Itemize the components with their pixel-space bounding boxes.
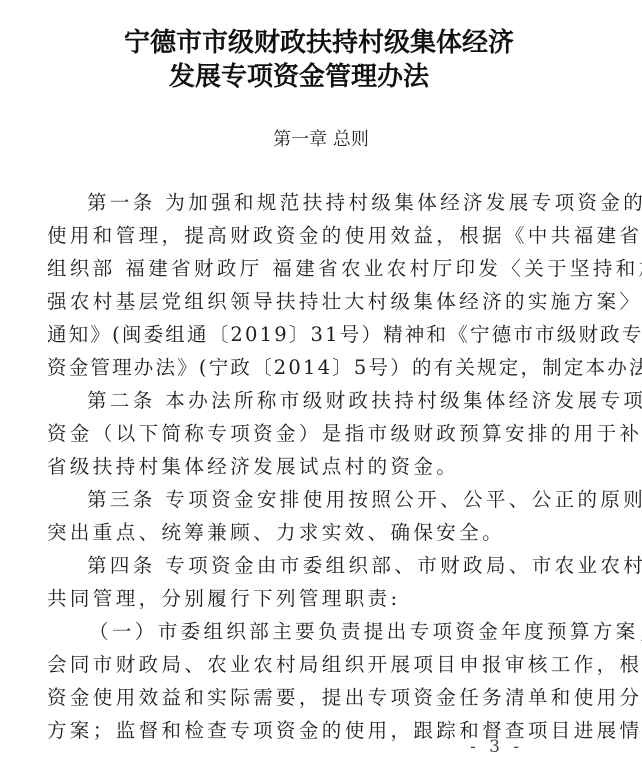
body-line: 资金使用效益和实际需要，提出专项资金任务清单和使用分配 xyxy=(47,684,545,717)
body-line: 组织部 福建省财政厅 福建省农业农村厅印发〈关于坚持和加 xyxy=(47,255,545,288)
document-title-line-2: 发展专项资金管理办法 xyxy=(0,56,620,93)
chapter-heading: 第一章 总则 xyxy=(0,125,642,151)
body-line: 突出重点、统筹兼顾、力求实效、确保安全。 xyxy=(47,519,545,552)
page-number: - 3 - xyxy=(470,737,523,757)
article-3-line: 第三条 专项资金安排使用按照公开、公平、公正的原则， xyxy=(47,486,545,519)
body-line: 会同市财政局、农业农村局组织开展项目申报审核工作，根据 xyxy=(47,651,545,684)
body-line: 资金管理办法》(宁政〔2014〕5号）的有关规定，制定本办法。 xyxy=(47,354,545,387)
clause-1-line: （一）市委组织部主要负责提出专项资金年度预算方案； xyxy=(47,618,545,651)
article-4-line: 第四条 专项资金由市委组织部、市财政局、市农业农村局 xyxy=(47,552,545,585)
body-line: 使用和管理，提高财政资金的使用效益，根据《中共福建省委 xyxy=(47,222,545,255)
article-2-line: 第二条 本办法所称市级财政扶持村级集体经济发展专项 xyxy=(47,387,545,420)
body-line: 省级扶持村集体经济发展试点村的资金。 xyxy=(47,453,545,486)
body-line: 强农村基层党组织领导扶持壮大村级集体经济的实施方案〉的 xyxy=(47,288,545,321)
document-body: 第一条 为加强和规范扶持村级集体经济发展专项资金的 使用和管理，提高财政资金的使… xyxy=(47,189,545,750)
article-1-line: 第一条 为加强和规范扶持村级集体经济发展专项资金的 xyxy=(47,189,545,222)
body-line: 共同管理，分别履行下列管理职责: xyxy=(47,585,545,618)
body-line: 通知》(闽委组通〔2019〕31号）精神和《宁德市市级财政专项 xyxy=(47,321,545,354)
body-line: 资金（以下简称专项资金）是指市级财政预算安排的用于补助 xyxy=(47,420,545,453)
document-title-line-1: 宁德市市级财政扶持村级集体经济 xyxy=(0,22,640,59)
